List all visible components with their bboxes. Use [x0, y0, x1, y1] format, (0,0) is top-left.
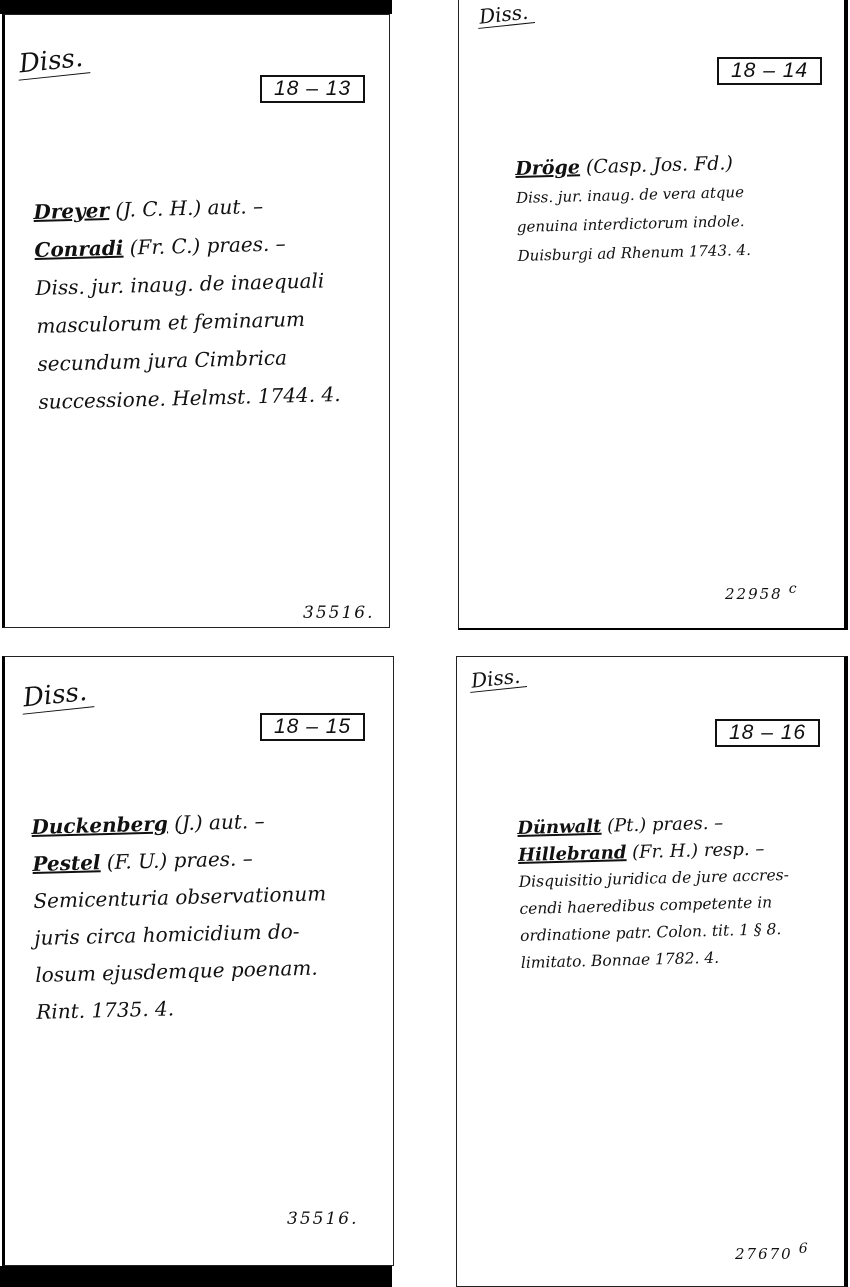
category-label: Diss.: [476, 0, 535, 29]
call-number-box: 18 – 14: [717, 57, 822, 85]
category-label: Diss.: [16, 43, 91, 80]
praeses-name: Conradi: [34, 236, 123, 262]
entry-line: Duisburgi ad Rhenum 1743. 4.: [517, 236, 751, 271]
category-label: Diss.: [20, 677, 95, 714]
entry-line: masculorum et feminarum: [36, 299, 339, 345]
entry-line: losum ejusdemque poenam.: [35, 949, 329, 994]
card-entry-text: Dröge (Casp. Jos. Fd.) Diss. jur. inaug.…: [515, 149, 751, 271]
praeses-name: Pestel: [32, 850, 101, 876]
entry-line: limitato. Bonnae 1782. 4.: [521, 943, 792, 977]
catalog-card-2: Diss. 18 – 14 Dröge (Casp. Jos. Fd.) Dis…: [458, 0, 848, 630]
respondent-name: Hillebrand: [518, 842, 627, 866]
accession-number: 35516.: [303, 603, 374, 623]
card-entry-text: Dreyer (J. C. H.) aut. – Conradi (Fr. C.…: [33, 185, 341, 421]
accession-number: 35516.: [287, 1209, 358, 1229]
card-entry-text: Duckenberg (J.) aut. – Pestel (F. U.) pr…: [31, 801, 330, 1031]
accession-number: 276706: [735, 1241, 810, 1263]
author-name: Dreyer: [33, 198, 109, 224]
entry-line: Rint. 1735. 4.: [36, 986, 330, 1031]
scan-background-top-left: [0, 0, 392, 14]
call-number-box: 18 – 13: [260, 75, 365, 103]
catalog-card-3: Diss. 18 – 15 Duckenberg (J.) aut. – Pes…: [2, 656, 394, 1266]
card-entry-text: Dünwalt (Pt.) praes. – Hillebrand (Fr. H…: [517, 808, 791, 977]
praeses-name: Dünwalt: [517, 816, 602, 839]
entry-line: successione. Helmst. 1744. 4.: [38, 375, 341, 421]
scan-background-bottom-left: [0, 1266, 392, 1287]
category-label: Diss.: [468, 664, 527, 693]
author-name: Duckenberg: [31, 811, 168, 839]
call-number-box: 18 – 16: [715, 719, 820, 747]
call-number-box: 18 – 15: [260, 713, 365, 741]
catalog-card-1: Diss. 18 – 13 Dreyer (J. C. H.) aut. – C…: [2, 14, 390, 628]
catalog-card-4: Diss. 18 – 16 Dünwalt (Pt.) praes. – Hil…: [456, 656, 848, 1287]
author-name: Dröge: [515, 156, 580, 180]
accession-number: 22958c: [725, 581, 799, 603]
